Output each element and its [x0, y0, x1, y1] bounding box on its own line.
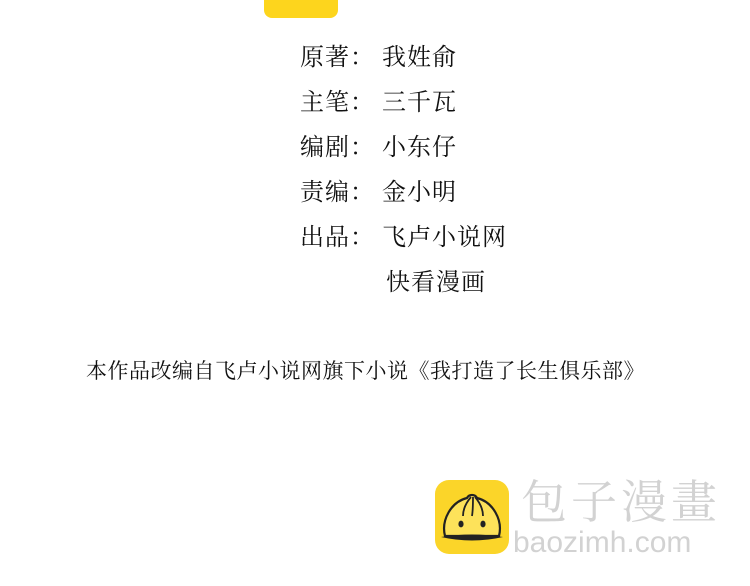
source-note: 本作品改编自飞卢小说网旗下小说《我打造了长生俱乐部》 — [86, 356, 645, 386]
credit-label: 出品： — [300, 222, 382, 252]
credit-value: 三千瓦 — [382, 87, 457, 117]
credit-value: 飞卢小说网 — [382, 222, 507, 252]
steamed-bun-logo-icon — [435, 480, 509, 554]
credit-row-editor: 责编：金小明 — [300, 177, 457, 207]
credit-value: 小东仔 — [382, 132, 457, 162]
credit-label: 原著： — [300, 42, 382, 72]
credit-producer-extra: 快看漫画 — [386, 267, 486, 297]
top-yellow-tab — [264, 0, 338, 18]
watermark-url: baozimh.com — [513, 526, 691, 560]
credit-label: 责编： — [300, 177, 382, 207]
watermark-title: 包子漫畫 — [521, 476, 721, 528]
credit-row-artist: 主笔：三千瓦 — [300, 87, 457, 117]
watermark: 包子漫畫 baozimh.com — [435, 480, 735, 560]
credit-row-producer: 出品：飞卢小说网 — [300, 222, 507, 252]
credit-row-original: 原著：我姓俞 — [300, 42, 457, 72]
credit-value: 金小明 — [382, 177, 457, 207]
credit-row-screenwriter: 编剧：小东仔 — [300, 132, 457, 162]
credit-label: 主笔： — [300, 87, 382, 117]
credit-label: 编剧： — [300, 132, 382, 162]
credit-value: 我姓俞 — [382, 42, 457, 72]
